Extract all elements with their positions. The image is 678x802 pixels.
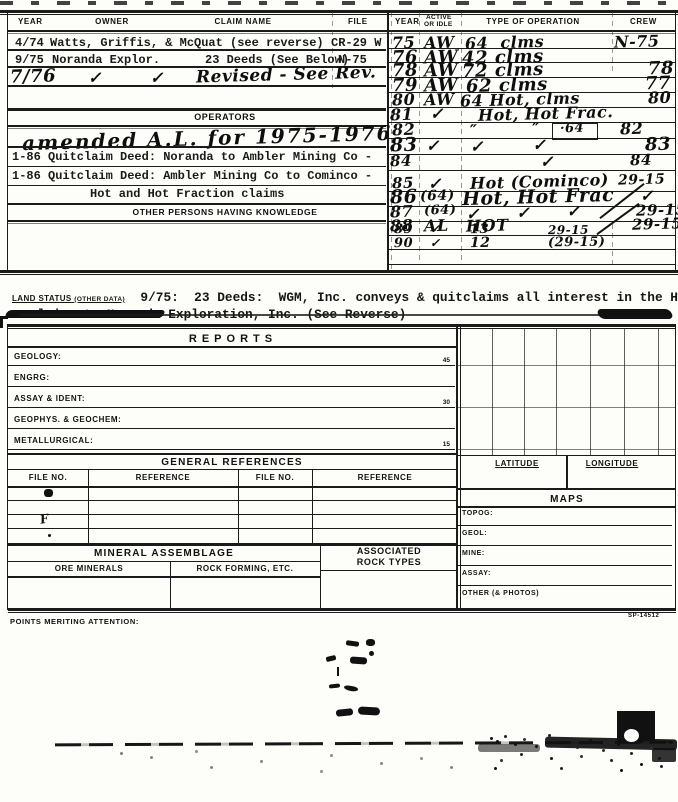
rule (8, 407, 455, 408)
report-row-num: 45 (426, 357, 450, 364)
rule (8, 449, 455, 450)
operators-line: 1-86 Quitclaim Deed: Ambler Mining Co to… (12, 169, 372, 183)
activity-extra: (29-15) (548, 235, 606, 251)
form-number: SP-14512 (628, 613, 660, 619)
operators-line: 1-86 Quitclaim Deed: Noranda to Ambler M… (12, 150, 372, 164)
ink-smudge (44, 489, 53, 497)
rule (8, 428, 455, 429)
ink-smudge (329, 683, 340, 688)
rock-forming-header: ROCK FORMING, ETC. (196, 564, 293, 573)
rule (320, 570, 456, 571)
report-row-num: 15 (426, 441, 450, 448)
longitude-label: LONGITUDE (586, 459, 639, 468)
rule (8, 346, 456, 348)
activity-header-crew: CREW (630, 17, 657, 26)
rule (88, 469, 89, 543)
rule (8, 469, 456, 470)
rule (492, 328, 493, 455)
claim-year: 4/74 (15, 36, 44, 50)
report-row-num: 30 (426, 399, 450, 406)
claims-header-year: YEAR (18, 17, 43, 26)
claim-year: 7/76 (10, 65, 57, 87)
activity-year: 84 (390, 152, 412, 171)
associated-rock-line2: ROCK TYPES (357, 557, 422, 567)
land-status-label: LAND STATUS (OTHER DATA) (12, 294, 125, 303)
gr-header: REFERENCE (136, 473, 191, 482)
rule (8, 108, 386, 111)
activity-year: 90 (394, 236, 413, 251)
rule (458, 525, 672, 526)
activity-header-year: YEAR (395, 17, 420, 26)
activity-crew: 82 (620, 119, 644, 139)
activity-header-active: ACTIVE (426, 14, 452, 21)
claim-owner: Noranda Explor. (52, 53, 160, 67)
rule (8, 500, 456, 501)
claims-header-claim: CLAIM NAME (214, 17, 271, 26)
rule (658, 328, 659, 455)
other-persons-title: OTHER PERSONS HAVING KNOWLEDGE (132, 207, 317, 217)
rule (590, 328, 591, 455)
claims-header-file: FILE (348, 17, 368, 26)
rule (458, 407, 676, 408)
activity-operation: ✓ ✓ (470, 135, 547, 156)
rule (458, 545, 672, 546)
activity-crew: 29-15 (632, 214, 678, 233)
activity-crew: 80 (648, 88, 672, 108)
ink-void-circle (624, 729, 639, 742)
scan-speckle (120, 752, 123, 755)
rule (8, 514, 456, 515)
claim-owner: Watts, Griffis, & McQuat (50, 36, 223, 50)
ink-smudge (0, 316, 3, 328)
claim-file: CR-29 W (331, 36, 381, 50)
reports-title: REPORTS (189, 333, 277, 345)
operators-line: Hot and Hot Fraction claims (90, 187, 284, 201)
ink-smudge (346, 640, 360, 647)
general-references-title: GENERAL REFERENCES (161, 457, 302, 468)
rule (0, 14, 678, 15)
rule (8, 185, 386, 186)
claim-name: Revised - See Rev. (196, 62, 377, 87)
rule (238, 469, 239, 543)
rule (170, 561, 171, 608)
rule (8, 146, 386, 148)
rule (8, 324, 676, 327)
rule (8, 30, 676, 32)
ink-smudge (478, 744, 540, 752)
ink-smudge (48, 534, 51, 537)
activity-active: ✓ (426, 136, 440, 155)
rule (612, 224, 613, 264)
activity-active: ✓ (430, 104, 444, 123)
ink-smudge (652, 748, 676, 762)
activity-header-operation: TYPE OF OPERATION (486, 17, 580, 26)
ink-smudge (326, 655, 337, 662)
ink-smudge (596, 309, 674, 319)
rule (675, 324, 676, 610)
report-row-label: GEOPHYS. & GEOCHEM: (14, 415, 121, 424)
gr-header: FILE NO. (256, 473, 295, 482)
rule (8, 486, 456, 488)
operators-title: OPERATORS (194, 112, 256, 122)
claims-header-owner: OWNER (95, 17, 129, 26)
rule (8, 453, 456, 455)
activity-active: ✓ (430, 222, 441, 236)
rule (460, 324, 461, 610)
activity-active: ✓ (430, 236, 441, 250)
ink-smudge (337, 667, 339, 676)
ink-smudge (369, 651, 374, 656)
rule (8, 386, 455, 387)
activity-header-active2: OR IDLE (424, 21, 452, 28)
rule (0, 270, 678, 273)
rule (458, 488, 676, 490)
ink-smudge (358, 706, 380, 715)
report-row-label: GEOLOGY: (14, 352, 61, 361)
latitude-label: LATITUDE (495, 459, 539, 468)
report-row-label: ASSAY & IDENT: (14, 394, 85, 403)
rule (524, 328, 525, 455)
activity-crew: N-75 (614, 31, 660, 51)
ink-smudge (366, 639, 375, 646)
maps-row-label: GEOL: (462, 530, 487, 537)
rule (8, 203, 386, 205)
rule (7, 324, 8, 610)
activity-operation: ✓ (540, 152, 554, 171)
rule (458, 585, 672, 586)
rule (458, 449, 676, 450)
rule (8, 328, 676, 329)
rule (456, 324, 458, 610)
rule (0, 274, 678, 275)
gr-header: REFERENCE (358, 473, 413, 482)
rule (624, 328, 625, 455)
ink-smudge (336, 708, 354, 717)
report-row-label: ENGRG: (14, 373, 50, 382)
ink-smudge (20, 314, 660, 316)
inked-box (552, 123, 598, 140)
scan-speckle (490, 737, 493, 740)
activity-operation: 12 (470, 235, 491, 251)
ink-smudge (350, 656, 367, 664)
scan-noise-top (0, 1, 678, 5)
rule (458, 506, 676, 508)
rule (458, 365, 676, 366)
maps-row-label: OTHER (& PHOTOS) (462, 590, 539, 597)
rule (8, 608, 676, 611)
check-mark: ✓ (88, 68, 102, 87)
rule (8, 220, 386, 222)
rule (8, 612, 676, 613)
activity-year: 89 (394, 222, 413, 237)
ore-minerals-header: ORE MINERALS (55, 564, 124, 573)
rule (8, 223, 386, 224)
rule (0, 10, 678, 13)
mineral-assemblage-title: MINERAL ASSEMBLAGE (94, 548, 234, 559)
report-row-label: METALLURGICAL: (14, 436, 93, 445)
rule (388, 170, 676, 171)
rule (566, 455, 568, 488)
gr-header: FILE NO. (29, 473, 68, 482)
check-mark: ✓ (150, 68, 164, 87)
associated-rock-line1: ASSOCIATED (357, 546, 421, 556)
activity-crew: 84 (630, 151, 652, 170)
maps-title: MAPS (550, 494, 584, 505)
rule (388, 264, 676, 265)
rule (8, 33, 676, 34)
ink-smudge (344, 685, 359, 692)
claim-name: (see reverse) (230, 36, 324, 50)
rule (8, 365, 455, 366)
maps-row-label: MINE: (462, 550, 485, 557)
rule (556, 328, 557, 455)
rule (312, 469, 313, 543)
maps-row-label: TOPOG: (462, 510, 493, 517)
rule (8, 166, 386, 167)
rule (458, 565, 672, 566)
rule (612, 12, 613, 72)
points-meriting-attention-label: POINTS MERITING ATTENTION: (10, 617, 139, 626)
scanned-mining-claim-record: YEAR OWNER CLAIM NAME FILE 4/74 Watts, G… (0, 0, 678, 802)
rule (8, 576, 320, 578)
maps-row-label: ASSAY: (462, 570, 491, 577)
rule (320, 543, 321, 608)
rule (8, 561, 320, 562)
rule (8, 528, 456, 529)
